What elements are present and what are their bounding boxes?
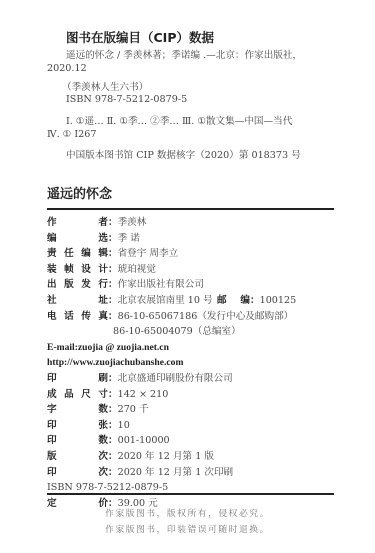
address-value: 北京农展馆南里 10 号 [118,295,213,306]
info-row-author: 作者：季羡林 [47,215,347,231]
address-label: 社址 [47,293,108,309]
info-row-publisher: 出版发行：作家出版社有限公司 [47,277,347,293]
copyright-notice: 作家版图书，版权所有，侵权必究。 [0,506,375,519]
postcode: 邮编：100125 [217,293,296,309]
publisher-label: 出版发行 [47,277,108,293]
cip-classification-line2: Ⅳ. ① I267 [47,129,96,140]
info-row-printer: 印刷：北京盛通印刷股份有限公司 [47,371,347,387]
cip-isbn: ISBN 978-7-5212-0879-5 [66,94,187,105]
info-row-edition: 版次：2020 年 12 月第 1 版 [47,449,347,465]
editor-label: 编选 [47,231,108,247]
info-row-phone: 电话传真：86-10-65067186（发行中心及邮购部） [47,309,347,325]
info-row-phone-2: 86-10-65004079（总编室） [47,324,347,340]
edition-label: 版次 [47,449,108,465]
design-label: 装帧设计 [47,262,108,278]
edition-value: 2020 年 12 月第 1 版 [118,451,214,462]
book-title: 遥远的怀念 [47,183,112,202]
phone-label: 电话传真 [47,309,108,325]
cip-entry-line1: 遥远的怀念 / 季羡林著；季诺编 .—北京：作家出版社， [66,47,302,61]
author-value: 季羡林 [118,217,147,228]
editor-value: 季 诺 [118,233,140,244]
return-notice: 作家版图书，印装错误可随时退换。 [0,522,375,535]
design-value: 琥珀视觉 [118,264,156,275]
info-row-address: 社址：北京农展馆南里 10 号 邮编：100125 [47,293,347,309]
impression-label: 印次 [47,465,108,481]
postcode-label: 邮编 [217,293,250,309]
info-row-editor: 编选：季 诺 [47,231,347,247]
cip-library-record: 中国版本图书馆 CIP 数据核字（2020）第 018373 号 [66,147,301,161]
phone-value-2: 86-10-65004079（总编室） [113,326,241,337]
sheets-label: 印张 [47,418,108,434]
info-row-print-run: 印数：001-10000 [47,433,347,449]
printer-value: 北京盛通印刷股份有限公司 [118,373,233,384]
responsible-editor-value: 省登宇 周李立 [118,248,179,259]
publisher-value: 作家出版社有限公司 [118,279,204,290]
author-label: 作者 [47,215,108,231]
info-row-impression: 印次：2020 年 12 月第 1 次印刷 [47,465,347,481]
cip-series: （季羡林人生六书） [62,79,148,93]
postcode-value: 100125 [260,295,297,306]
print-run-value: 001-10000 [118,435,170,446]
info-row-design: 装帧设计：琥珀视觉 [47,262,347,278]
print-run-label: 印数 [47,433,108,449]
info-row-word-count: 字数：270 千 [47,402,347,418]
printer-label: 印刷 [47,371,108,387]
word-count-label: 字数 [47,402,108,418]
cip-entry-line2: 2020.12 [47,63,87,74]
responsible-editor-label: 责任编辑 [47,246,108,262]
phone-value-1: 86-10-65067186（发行中心及邮购部） [118,311,294,322]
impression-value: 2020 年 12 月第 1 次印刷 [118,467,234,478]
email: E-mail:zuojia @ zuojia.net.cn [47,340,347,356]
cip-heading: 图书在版编目（CIP）数据 [66,28,214,46]
info-row-size: 成品尺寸：142 × 210 [47,387,347,403]
size-label: 成品尺寸 [47,387,108,403]
bottom-rule [47,493,334,495]
info-row-responsible-editor: 责任编辑：省登宇 周李立 [47,246,347,262]
info-row-sheets: 印张：10 [47,418,347,434]
top-rule [47,208,334,210]
word-count-value: 270 千 [118,404,149,415]
publication-info: 作者：季羡林 编选：季 诺 责任编辑：省登宇 周李立 装帧设计：琥珀视觉 出版发… [47,215,347,511]
sheets-value: 10 [118,420,130,431]
size-value: 142 × 210 [118,389,169,400]
website: http://www.zuojiachubanshe.com [47,355,347,371]
cip-classification-line1: Ⅰ. ①遥… Ⅱ. ①季… ②季… Ⅲ. ①散文集—中国—当代 [66,113,292,127]
